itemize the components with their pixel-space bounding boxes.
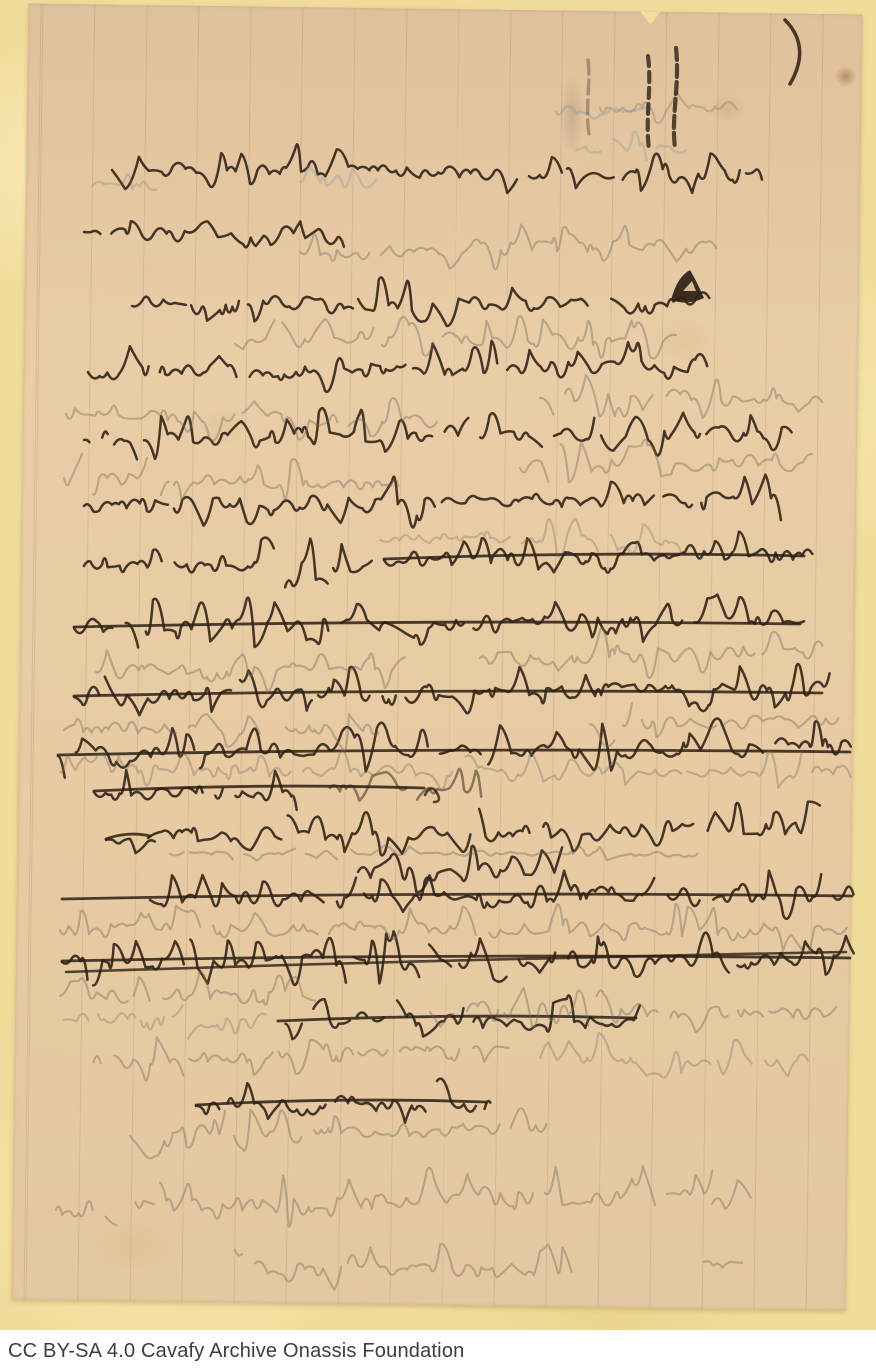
paper-edge-notch (640, 12, 660, 25)
manuscript-page (12, 4, 863, 1311)
license-caption-bar: CC BY-SA 4.0 Cavafy Archive Onassis Foun… (0, 1330, 876, 1372)
license-caption-text: CC BY-SA 4.0 Cavafy Archive Onassis Foun… (8, 1340, 464, 1363)
scan-background: CC BY-SA 4.0 Cavafy Archive Onassis Foun… (0, 0, 876, 1372)
